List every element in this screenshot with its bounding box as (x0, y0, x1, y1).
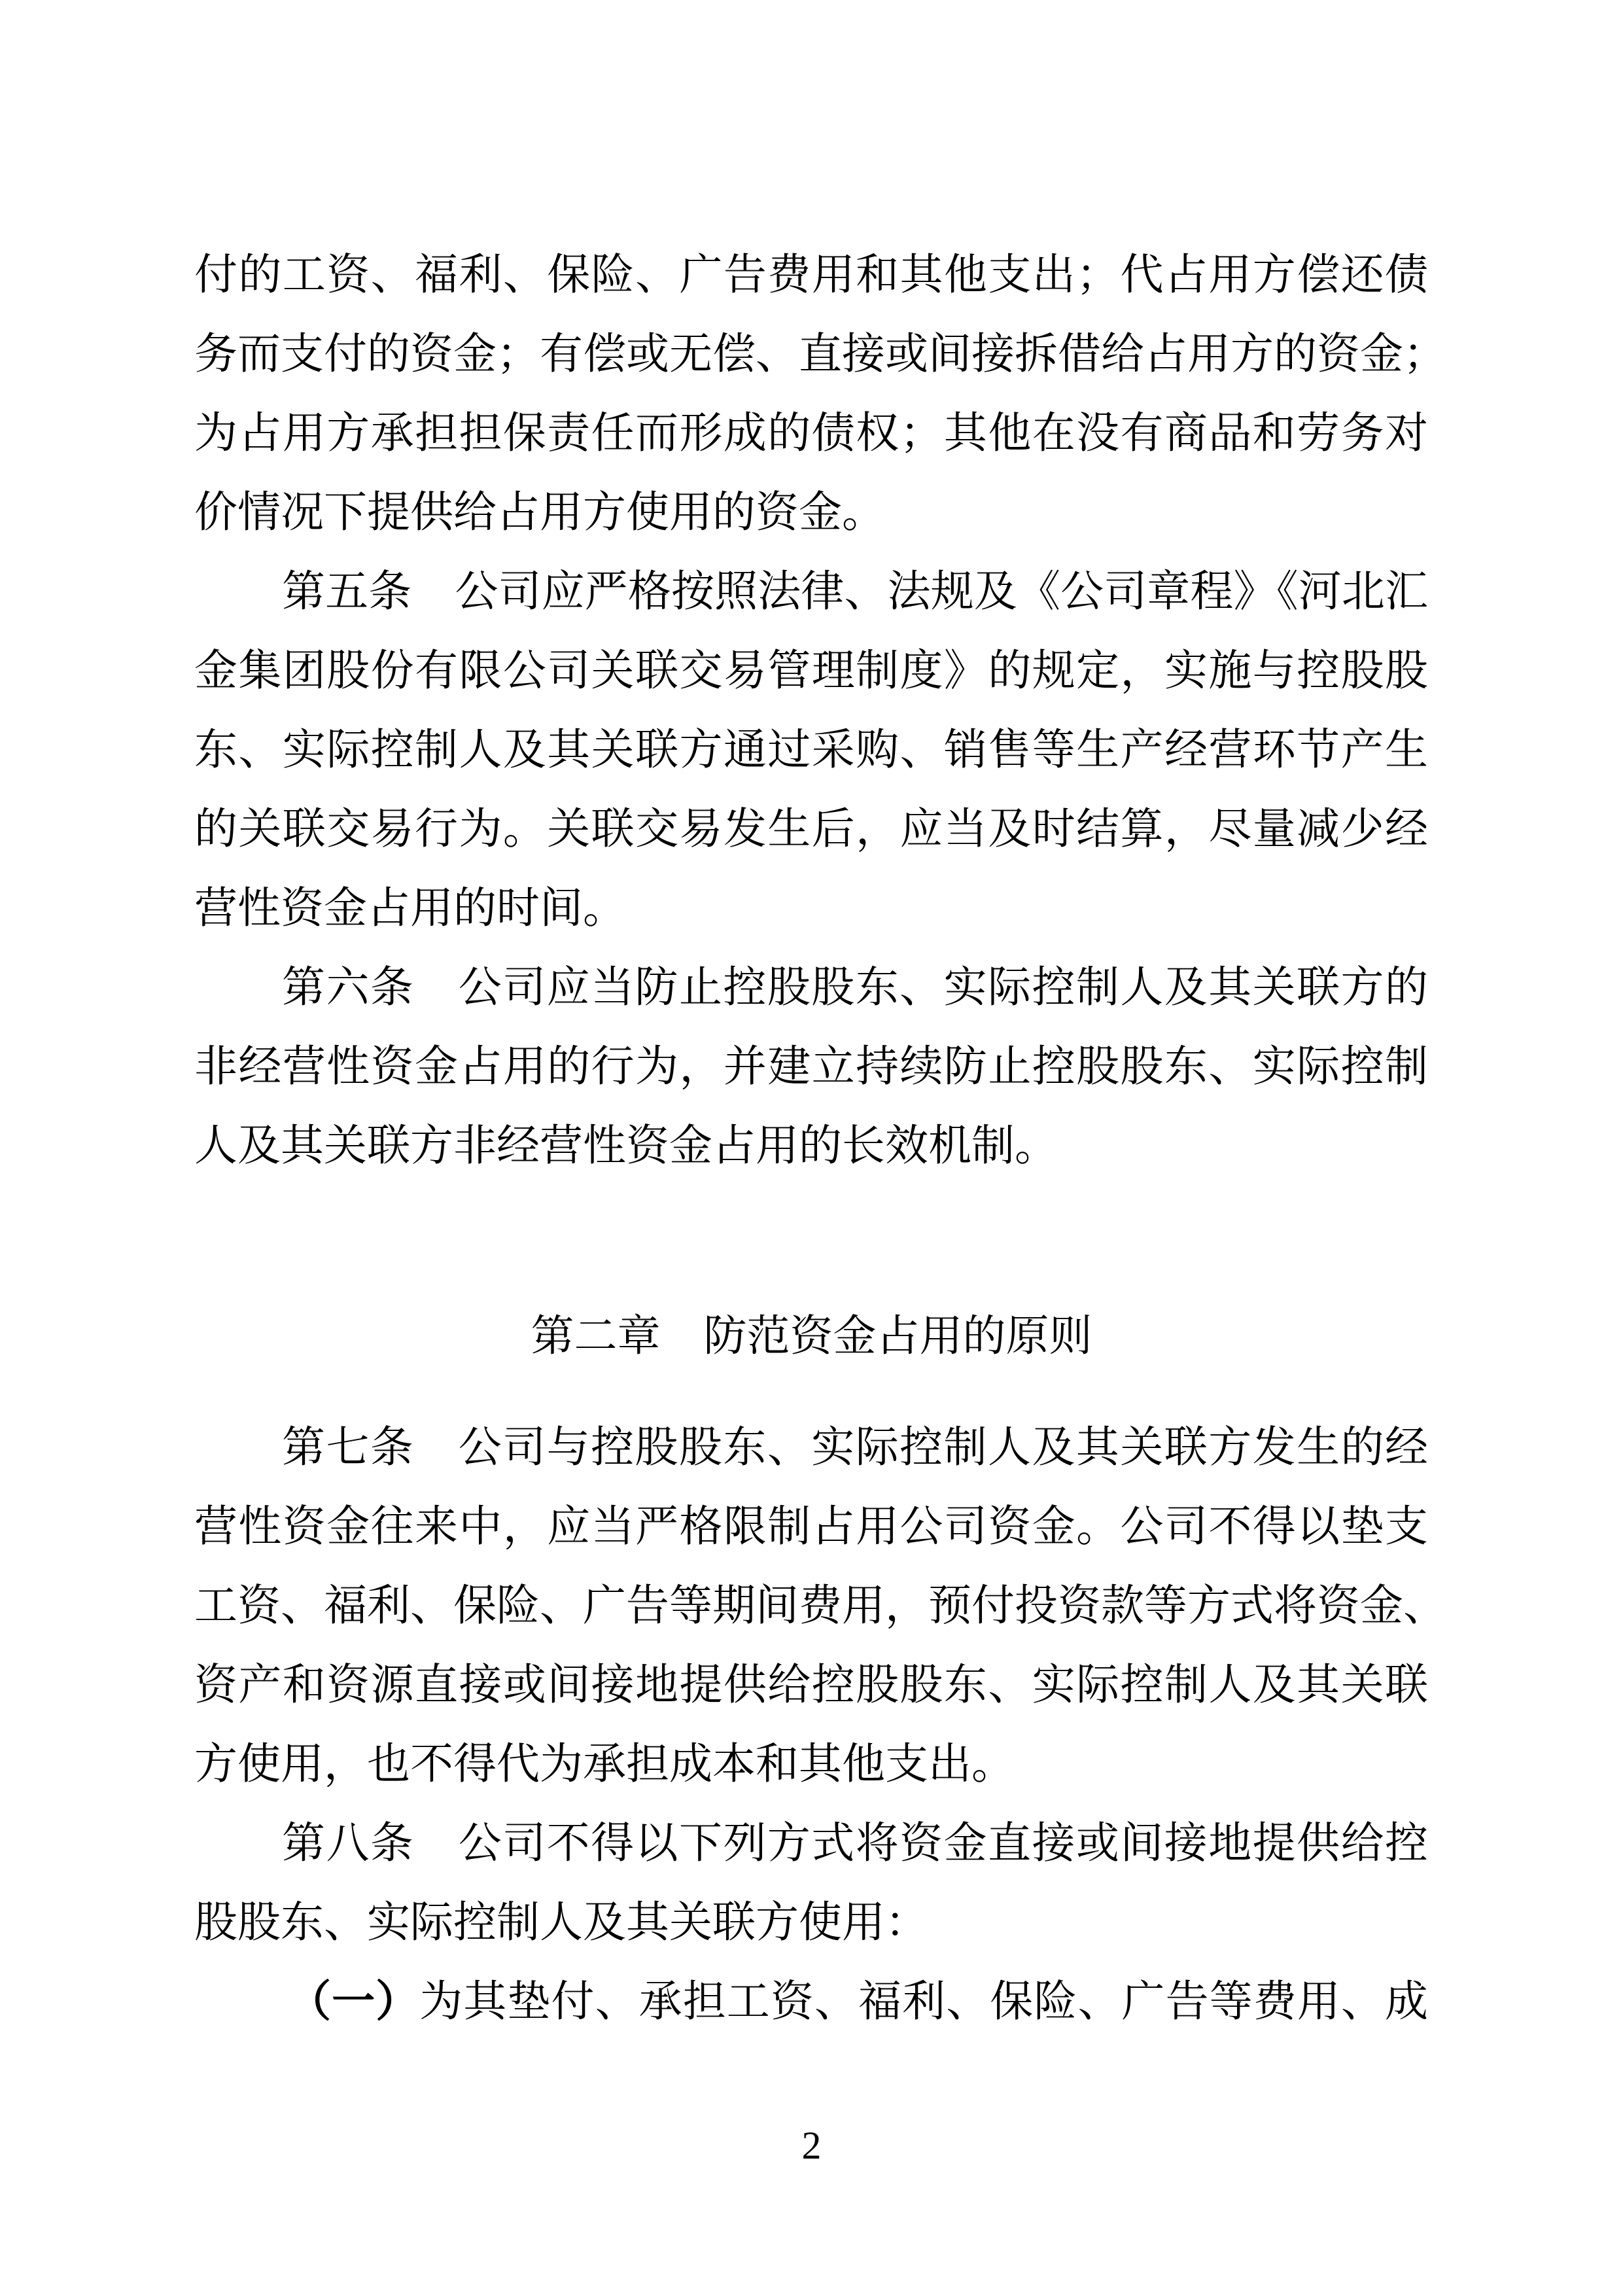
article-6-line: 人及其关联方非经营性资金占用的长效机制。 (194, 1120, 1428, 1172)
article-6-line: 非经营性资金占用的行为，并建立持续防止控股股东、实际控制 (194, 1040, 1428, 1093)
article-8-line: 股股东、实际控制人及其关联方使用： (194, 1896, 1428, 1949)
article-5-line: 第五条 公司应严格按照法律、法规及《公司章程》《河北汇 (282, 565, 1428, 618)
article-5-line: 东、实际控制人及其关联方通过采购、销售等生产经营环节产生 (194, 724, 1428, 776)
article-6-line: 第六条 公司应当防止控股股东、实际控制人及其关联方的 (282, 961, 1428, 1014)
article-7-line: 营性资金往来中，应当严格限制占用公司资金。公司不得以垫支 (194, 1500, 1428, 1553)
article-5-line: 金集团股份有限公司关联交易管理制度》的规定，实施与控股股 (194, 645, 1428, 697)
article-7-line: 资产和资源直接或间接地提供给控股股东、实际控制人及其关联 (194, 1659, 1428, 1711)
page-number: 2 (0, 2123, 1623, 2168)
paragraph-line: 价情况下提供给占用方使用的资金。 (194, 486, 1428, 539)
list-item-text: 为其垫付、承担工资、福利、保险、广告等费用、成 (419, 1976, 1428, 2026)
article-7-line: 方使用，也不得代为承担成本和其他支出。 (194, 1738, 1428, 1790)
document-page: 付的工资、福利、保险、广告费用和其他支出；代占用方偿还债 务而支付的资金；有偿或… (0, 0, 1623, 2296)
list-item-marker: （一） (288, 1976, 419, 2026)
paragraph-line: 付的工资、福利、保险、广告费用和其他支出；代占用方偿还债 (194, 249, 1428, 301)
chapter-heading: 第二章 防范资金占用的原则 (0, 1310, 1623, 1362)
list-item-1: （一）为其垫付、承担工资、福利、保险、广告等费用、成 (288, 1975, 1428, 2028)
article-5-line: 的关联交易行为。关联交易发生后，应当及时结算，尽量减少经 (194, 803, 1428, 855)
article-7-line: 第七条 公司与控股股东、实际控制人及其关联方发生的经 (282, 1421, 1428, 1474)
article-5-line: 营性资金占用的时间。 (194, 882, 1428, 934)
article-8-line: 第八条 公司不得以下列方式将资金直接或间接地提供给控 (282, 1817, 1428, 1869)
paragraph-line: 务而支付的资金；有偿或无偿、直接或间接拆借给占用方的资金； (194, 328, 1428, 380)
paragraph-line: 为占用方承担担保责任而形成的债权；其他在没有商品和劳务对 (194, 407, 1428, 459)
article-7-line: 工资、福利、保险、广告等期间费用，预付投资款等方式将资金、 (194, 1580, 1428, 1632)
